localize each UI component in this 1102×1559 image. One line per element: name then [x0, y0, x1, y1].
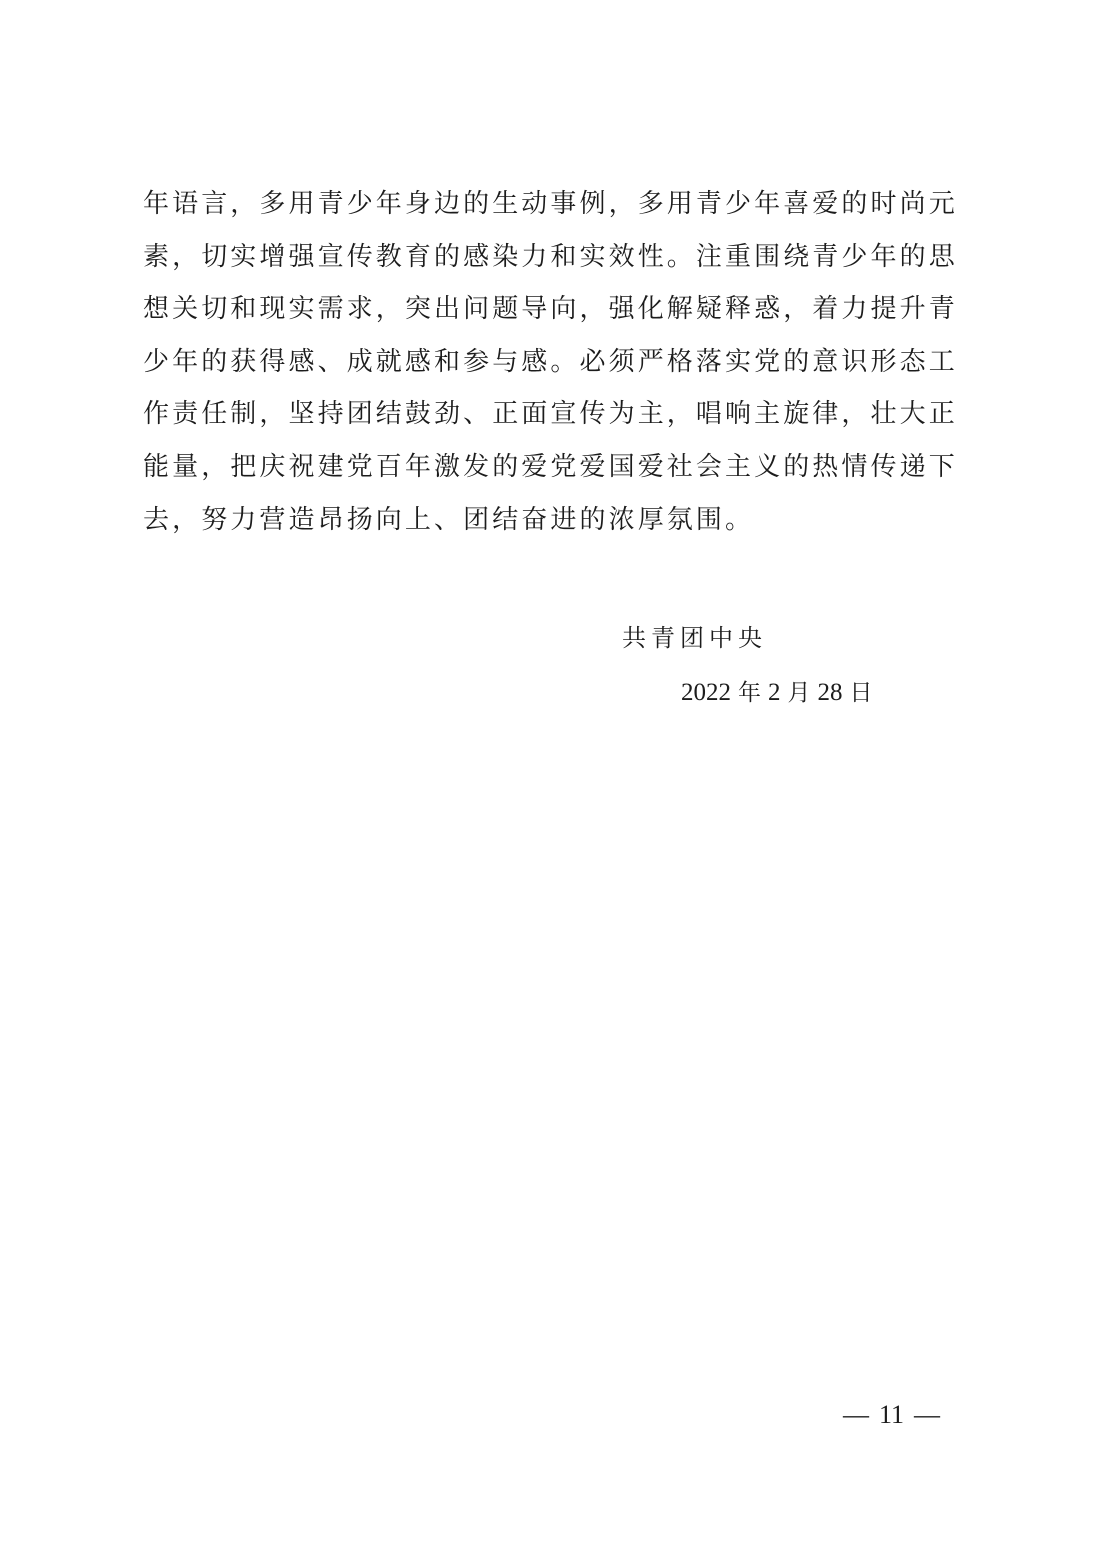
signature-issuer: 共青团中央: [622, 618, 767, 658]
signature-date: 2022年2月28日: [681, 673, 873, 713]
page-number-value: 11: [879, 1400, 904, 1429]
date-month-unit: 月: [788, 680, 811, 706]
page-number-left-dash: —: [843, 1398, 869, 1432]
body-paragraph: 年语言，多用青少年身边的生动事例，多用青少年喜爱的时尚元 素，切实增强宣传教育的…: [143, 178, 973, 546]
date-month: 2: [768, 679, 781, 706]
date-day: 28: [818, 679, 843, 706]
body-line: 去，努力营造昂扬向上、团结奋进的浓厚氛围。: [143, 494, 973, 547]
date-year: 2022: [681, 679, 731, 706]
body-line: 少年的获得感、成就感和参与感。必须严格落实党的意识形态工: [143, 336, 973, 389]
date-year-unit: 年: [738, 680, 761, 706]
document-page: 年语言，多用青少年身边的生动事例，多用青少年喜爱的时尚元 素，切实增强宣传教育的…: [0, 0, 1102, 1559]
body-line: 能量，把庆祝建党百年激发的爱党爱国爱社会主义的热情传递下: [143, 441, 973, 494]
page-number: —11—: [843, 1398, 940, 1432]
body-line: 素，切实增强宣传教育的感染力和实效性。注重围绕青少年的思: [143, 231, 973, 284]
body-line: 年语言，多用青少年身边的生动事例，多用青少年喜爱的时尚元: [143, 178, 973, 231]
page-number-right-dash: —: [914, 1398, 940, 1432]
body-line: 想关切和现实需求，突出问题导向，强化解疑释惑，着力提升青: [143, 283, 973, 336]
body-line: 作责任制，坚持团结鼓劲、正面宣传为主，唱响主旋律，壮大正: [143, 388, 973, 441]
date-day-unit: 日: [850, 680, 873, 706]
